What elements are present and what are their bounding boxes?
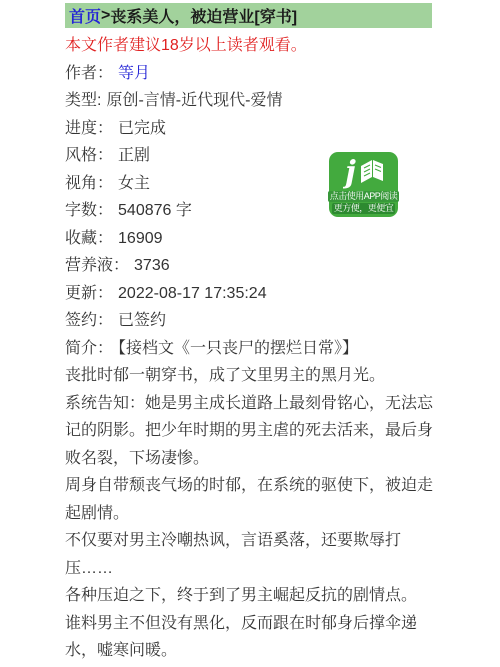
favorites-label: 收藏：: [65, 230, 113, 247]
type-value: 原创-言情-近代现代-爱情: [106, 92, 282, 109]
info-row-favorites: 收藏：16909: [65, 225, 435, 253]
contract-value: 已签约: [118, 312, 166, 329]
wordcount-value: 540876 字: [118, 202, 192, 219]
contract-label: 签约：: [65, 312, 113, 329]
wordcount-label: 字数：: [65, 202, 113, 219]
age-warning-text: 本文作者建议18岁以上读者观看。: [65, 32, 435, 60]
style-value: 正剧: [118, 147, 150, 164]
badge-text-line1: 点击使用APP阅读: [328, 191, 400, 202]
svg-text:j: j: [343, 155, 356, 189]
page-title: 丧系美人，被迫营业[穿书]: [110, 4, 297, 27]
jjwxc-logo-icon: j: [343, 153, 385, 191]
description-paragraph: 不仅要对男主冷嘲热讽，言语奚落，还要欺辱打压……: [65, 527, 435, 582]
breadcrumb-separator: >: [101, 7, 110, 25]
author-label: 作者：: [65, 65, 113, 82]
badge-text-line2: 更方便，更便宜: [332, 203, 396, 214]
info-row-nutrient: 营养液：3736: [65, 252, 435, 280]
description-paragraph: 丧批时郁一朝穿书，成了文里男主的黑月光。: [65, 362, 435, 390]
progress-value: 已完成: [118, 120, 166, 137]
intro-value: 【接档文《一只丧尸的摆烂日常》】: [118, 340, 358, 357]
info-row-progress: 进度：已完成: [65, 115, 435, 143]
info-row-contract: 签约：已签约: [65, 307, 435, 335]
description-paragraph: 系统告知：她是男主成长道路上最刻骨铭心，无法忘记的阴影。把少年时期的男主虐的死去…: [65, 390, 435, 473]
perspective-label: 视角：: [65, 175, 113, 192]
info-row-intro: 简介：【接档文《一只丧尸的摆烂日常》】: [65, 335, 435, 363]
description-paragraph: 周身自带颓丧气场的时郁，在系统的驱使下，被迫走起剧情。: [65, 472, 435, 527]
nutrient-label: 营养液：: [65, 257, 129, 274]
intro-label: 简介：: [65, 340, 113, 357]
type-label: 类型:: [65, 92, 101, 109]
updated-value: 2022-08-17 17:35:24: [118, 285, 267, 302]
page-content: 首页>丧系美人，被迫营业[穿书] 本文作者建议18岁以上读者观看。 作者：等月 …: [65, 3, 435, 665]
progress-label: 进度：: [65, 120, 113, 137]
breadcrumb: 首页>丧系美人，被迫营业[穿书]: [65, 3, 432, 28]
perspective-value: 女主: [118, 175, 150, 192]
favorites-value: 16909: [118, 230, 163, 247]
author-link[interactable]: 等月: [118, 65, 150, 82]
nutrient-value: 3736: [134, 257, 170, 274]
info-row-updated: 更新：2022-08-17 17:35:24: [65, 280, 435, 308]
style-label: 风格：: [65, 147, 113, 164]
info-row-author: 作者：等月: [65, 60, 435, 88]
info-row-type: 类型:原创-言情-近代现代-爱情: [65, 87, 435, 115]
updated-label: 更新：: [65, 285, 113, 302]
novel-description: 丧批时郁一朝穿书，成了文里男主的黑月光。 系统告知：她是男主成长道路上最刻骨铭心…: [65, 362, 435, 665]
breadcrumb-home-link[interactable]: 首页: [69, 4, 101, 27]
description-paragraph: 谁料男主不但没有黑化，反而跟在时郁身后撑伞递水，嘘寒问暖。: [65, 610, 435, 665]
description-paragraph: 各种压迫之下，终于到了男主崛起反抗的剧情点。: [65, 582, 435, 610]
app-download-badge[interactable]: j 点击使用APP阅读 更方便，更便宜: [329, 152, 398, 217]
